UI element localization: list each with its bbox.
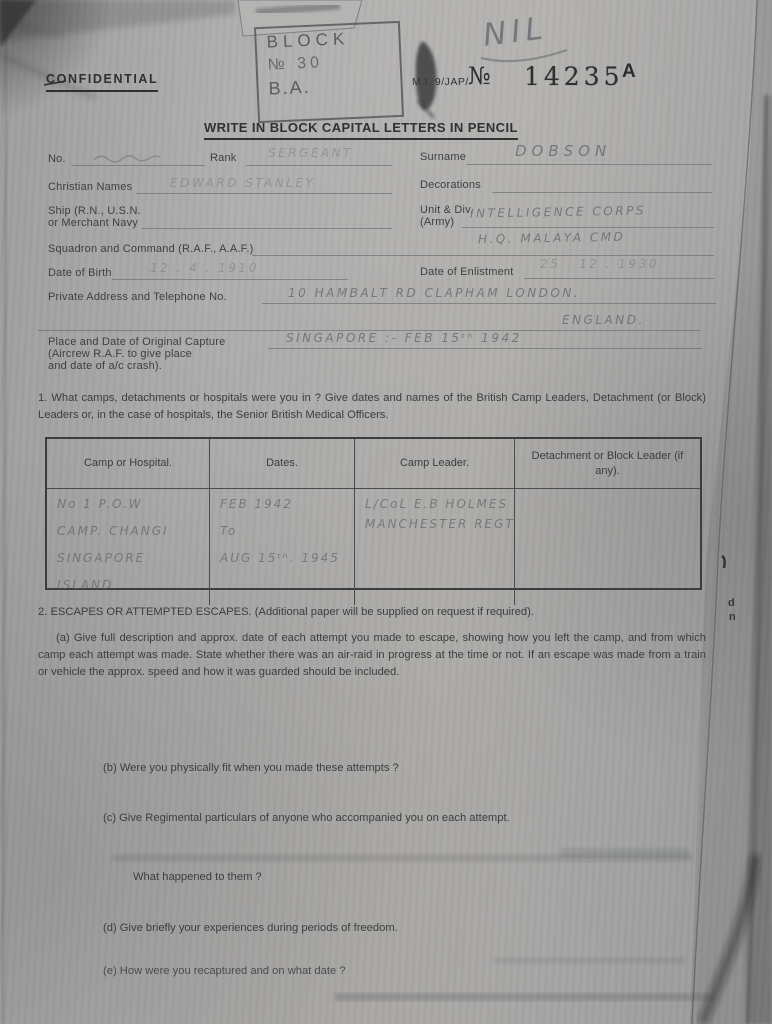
underlying-page-strip [690, 0, 772, 1024]
table-header-dates: Dates. [210, 439, 355, 489]
unit-div-label-line1: Unit & Div. [420, 204, 473, 216]
pencil-nil-note: NIL [481, 10, 550, 54]
block-number-stamp: BLOCK № 30 B.A. [254, 21, 404, 123]
question-2e-text: (e) How were you recaptured and on what … [103, 963, 663, 980]
address-line1 [262, 303, 716, 304]
table-header-detachment: Detachment or Block Leader (if any). [515, 439, 700, 489]
christian-names-label: Christian Names [48, 181, 132, 193]
decorations-label: Decorations [420, 179, 481, 191]
no-label: No. [48, 153, 66, 165]
illegible-pencil-scrawl [94, 156, 160, 162]
table-header-leader: Camp Leader. [355, 439, 515, 489]
unit-pencil-value-line1: INTELLIGENCE CORPS [470, 203, 646, 220]
left-paper-edge [2, 0, 7, 1024]
crease-line [0, 18, 62, 38]
unit-div-line [462, 227, 714, 228]
capture-label-line1: Place and Date of Original Capture [48, 336, 225, 348]
question-2c-text: (c) Give Regimental particulars of anyon… [103, 810, 683, 827]
camp-pencil-line: ISLAND [57, 578, 203, 605]
bleed-through-band [335, 993, 715, 1001]
surname-label: Surname [420, 151, 466, 163]
confidential-marking: CONFIDENTIAL [46, 72, 158, 92]
tear-mark-tail [418, 100, 434, 118]
top-edge-shadow [0, 0, 235, 42]
edge-letter-d: d [728, 597, 735, 609]
stamp-line-number: № 30 [267, 51, 390, 74]
rank-pencil-value: SERGEANT [268, 146, 353, 160]
dates-pencil-line: AUG 15ᵗʰ. 1945 [220, 551, 348, 578]
table-cell-dates: FEB 1942 To AUG 15ᵗʰ. 1945 [210, 489, 355, 605]
bleed-through-band [112, 854, 692, 862]
fold-shadow [702, 855, 756, 1024]
date-of-birth-pencil-value: 12 . 4 . 1910 [150, 261, 259, 275]
camp-pencil-line: No 1 P.O.W [57, 497, 203, 524]
capture-label-line3: and date of a/c crash). [48, 360, 162, 372]
decorations-line [492, 192, 712, 193]
christian-names-pencil-value: EDWARD STANLEY [170, 176, 315, 190]
question-2a-text: (a) Give full description and approx. da… [38, 630, 706, 680]
stamp-line-ba: B.A. [268, 73, 391, 99]
leader-pencil-line: MANCHESTER REGT [365, 517, 508, 537]
christian-names-line [136, 193, 392, 194]
surname-pencil-value: DOBSON [515, 142, 611, 160]
question-2b-text: (b) Were you physically fit when you mad… [103, 760, 663, 777]
form-title: WRITE IN BLOCK CAPITAL LETTERS IN PENCIL [204, 120, 518, 140]
question-2c-followup-text: What happened to them ? [133, 869, 433, 886]
private-address-label: Private Address and Telephone No. [48, 291, 227, 303]
capture-line [268, 348, 702, 349]
date-of-birth-label: Date of Birth [48, 267, 112, 279]
rank-field-line [246, 165, 392, 166]
table-cell-camp: No 1 P.O.W CAMP. CHANGI SINGAPORE ISLAND [47, 489, 210, 605]
surname-field-line [466, 164, 712, 165]
table-header-camp: Camp or Hospital. [47, 439, 210, 489]
bleed-through-band [560, 848, 690, 858]
date-of-birth-line [112, 279, 348, 280]
camps-table: Camp or Hospital. Dates. Camp Leader. De… [45, 437, 702, 590]
edge-letter-n: n [729, 611, 736, 623]
question-1-text: 1. What camps, detachments or hospitals … [38, 390, 706, 424]
leader-pencil-line: L/CoL E.B HOLMES [365, 497, 508, 517]
torn-corner-top-left [0, 0, 36, 48]
form-reference: M.I. 9/JAP/ [412, 76, 469, 88]
no-field-line [72, 165, 205, 166]
enlistment-pencil-value: 25 . 12 . 1930 [540, 257, 659, 271]
question-2d-text: (d) Give briefly your experiences during… [103, 920, 663, 937]
address-pencil-line1: 10 HAMBALT RD CLAPHAM LONDON. [288, 286, 580, 300]
capture-pencil-value: SINGAPORE :- FEB 15ᵗʰ 1942 [286, 331, 522, 345]
scrap-stamp-remnant [256, 6, 340, 12]
dates-pencil-line: To [220, 524, 348, 551]
squadron-line [252, 255, 714, 256]
serial-number: 14235 [524, 62, 624, 91]
edge-ink-mark [722, 556, 725, 568]
second-page-edge [748, 95, 766, 1024]
ship-label-line1: Ship (R.N., U.S.N. [48, 205, 141, 217]
squadron-command-label: Squadron and Command (R.A.F., A.A.F.) [48, 243, 254, 255]
ship-label-line2: or Merchant Navy [48, 217, 138, 229]
scanned-pow-questionnaire-page: CONFIDENTIAL BLOCK № 30 B.A. NIL M.I. 9/… [0, 0, 772, 1024]
date-of-enlistment-line [524, 278, 714, 279]
unit-pencil-value-line2: H.Q. MALAYA CMD [478, 230, 625, 247]
rank-label: Rank [210, 152, 236, 164]
serial-suffix: A [622, 61, 636, 83]
table-cell-leader: L/CoL E.B HOLMES MANCHESTER REGT [355, 489, 515, 605]
question-2-heading: 2. ESCAPES OR ATTEMPTED ESCAPES. (Additi… [38, 604, 710, 621]
ship-line [142, 228, 392, 229]
address-pencil-line2: ENGLAND. [562, 313, 645, 327]
outer-dark-strip [744, 95, 772, 1024]
camp-pencil-line: CAMP. CHANGI [57, 524, 203, 551]
unit-div-label-line2: (Army) [420, 216, 454, 228]
table-cell-detachment [515, 489, 700, 605]
stamp-line-block: BLOCK [266, 27, 389, 52]
date-of-enlistment-label: Date of Enlistment [420, 266, 513, 278]
camp-pencil-line: SINGAPORE [57, 551, 203, 578]
capture-label-line2: (Aircrew R.A.F. to give place [48, 348, 192, 360]
dates-pencil-line: FEB 1942 [220, 497, 348, 524]
number-symbol: № [468, 62, 491, 90]
